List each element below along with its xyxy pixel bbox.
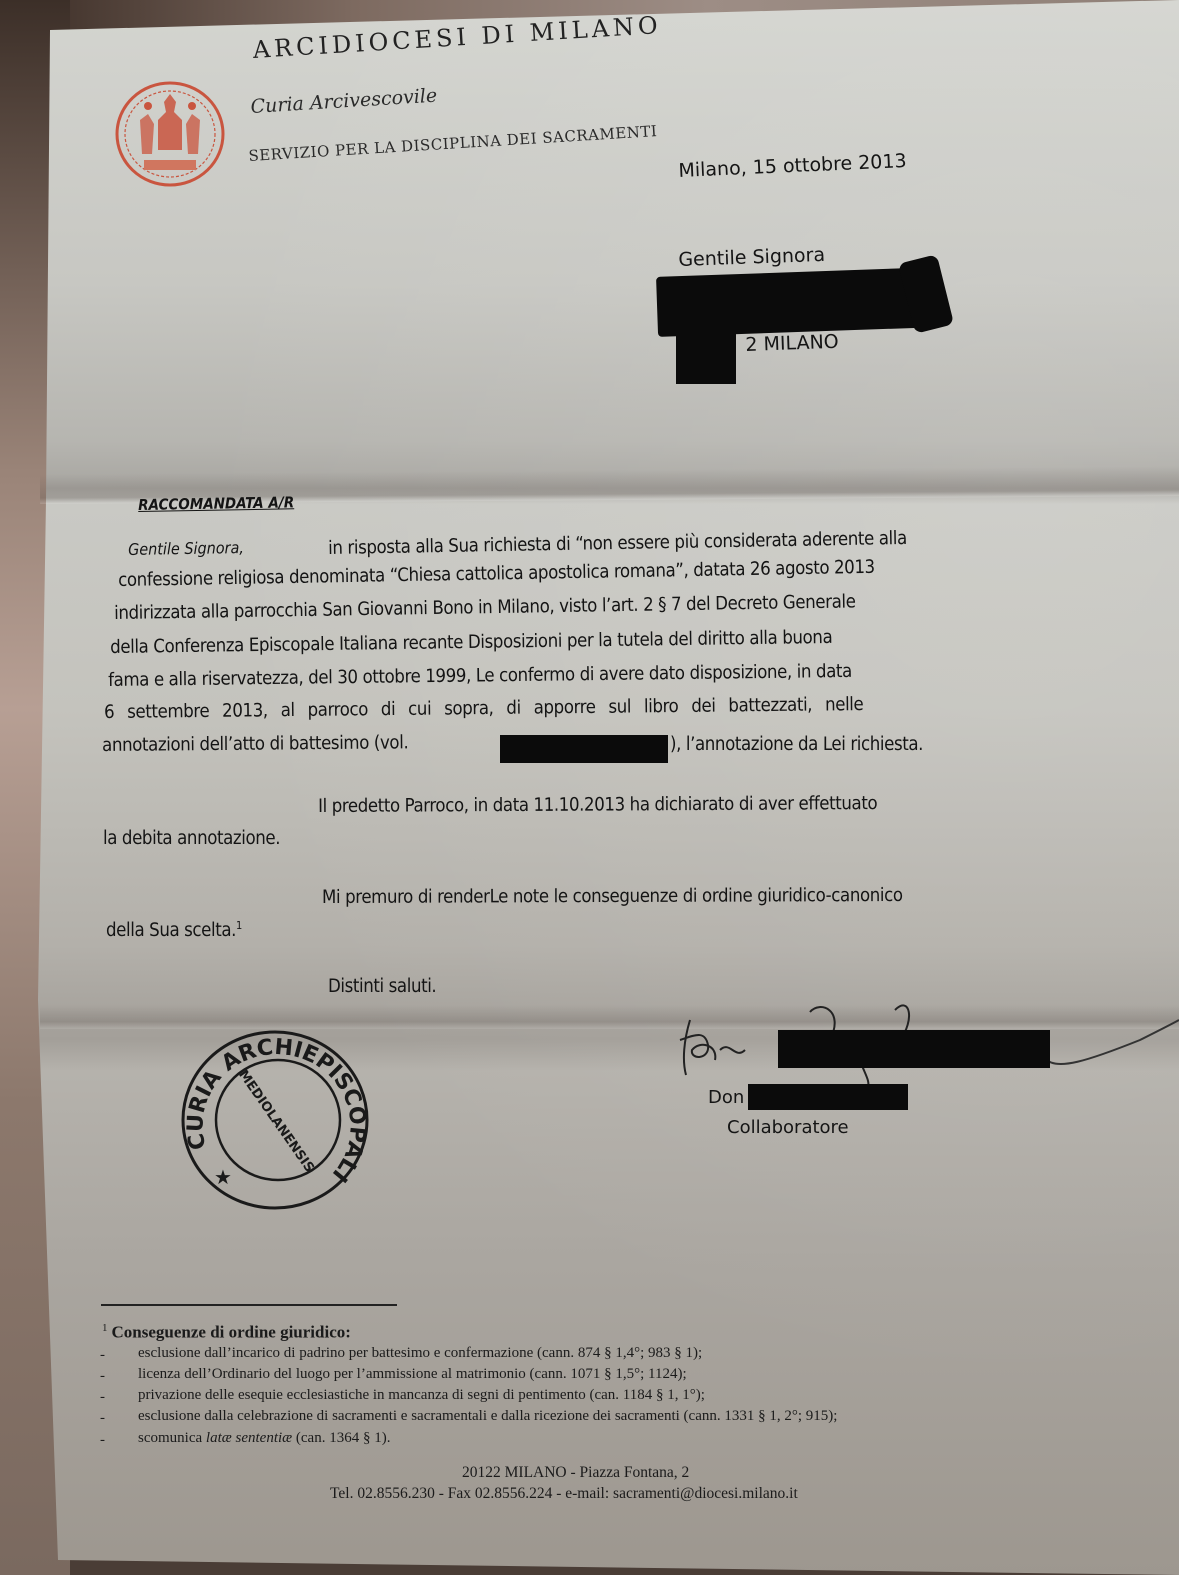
footnote-item: esclusione dalla celebrazione di sacrame… <box>138 1408 837 1425</box>
body-line: Mi premuro di renderLe note le conseguen… <box>322 885 903 908</box>
redaction-block <box>500 735 668 763</box>
recipient-city: 2 MILANO <box>745 331 839 356</box>
redaction-block <box>676 318 736 384</box>
closing-salutation: Distinti saluti. <box>328 976 436 997</box>
svg-text:★: ★ <box>214 1165 232 1189</box>
footnote-item: privazione delle esequie ecclesiastiche … <box>138 1387 705 1404</box>
footnote-item-text: scomunica <box>138 1430 206 1446</box>
list-bullet: - <box>100 1347 105 1364</box>
footnote-reference: 1 <box>236 919 242 932</box>
footnote-divider <box>101 1304 397 1306</box>
body-line: ), l’annotazione da Lei richiesta. <box>670 734 923 755</box>
list-bullet: - <box>100 1368 105 1385</box>
redaction-block <box>778 1030 1050 1068</box>
delivery-mode: RACCOMANDATA A/R <box>138 493 294 514</box>
list-bullet: - <box>100 1410 105 1427</box>
footnote-heading-text: Conseguenze di ordine giuridico: <box>112 1323 351 1342</box>
list-bullet: - <box>100 1432 105 1449</box>
body-line-text: della Sua scelta. <box>106 920 236 941</box>
footnote-item: esclusione dall’incarico di padrino per … <box>138 1345 702 1362</box>
footer-address: 20122 MILANO - Piazza Fontana, 2 <box>462 1464 689 1482</box>
redaction-block <box>748 1084 908 1110</box>
curia-stamp-icon: CURIA ARCHIEPISCOPALIS MEDIOLANENSIS ★ <box>178 1028 373 1213</box>
footnote-heading: 1Conseguenze di ordine giuridico: <box>102 1322 351 1343</box>
signer-title: Collaboratore <box>727 1117 849 1138</box>
footnote-item: scomunica latæ sententiæ (can. 1364 § 1)… <box>138 1430 390 1447</box>
body-line: della Sua scelta.1 <box>106 919 242 941</box>
footnote-marker: 1 <box>102 1322 108 1334</box>
footnote-item: licenza dell’Ordinario del luogo per l’a… <box>138 1366 687 1383</box>
list-bullet: - <box>100 1389 105 1406</box>
body-line: Il predetto Parroco, in data 11.10.2013 … <box>318 793 877 817</box>
body-greeting: Gentile Signora, <box>128 538 244 559</box>
svg-text:MEDIOLANENSIS: MEDIOLANENSIS <box>235 1068 317 1176</box>
footnote-item-text: (can. 1364 § 1). <box>292 1430 390 1446</box>
body-line: annotazioni dell’atto di battesimo (vol. <box>102 732 408 756</box>
body-line: la debita annotazione. <box>103 828 280 849</box>
episcopal-seal-icon <box>114 80 226 188</box>
footnote-item-italic: latæ sententiæ <box>206 1430 292 1446</box>
signer-prefix: Don <box>708 1087 744 1108</box>
footer-contacts: Tel. 02.8556.230 - Fax 02.8556.224 - e-m… <box>330 1485 798 1503</box>
